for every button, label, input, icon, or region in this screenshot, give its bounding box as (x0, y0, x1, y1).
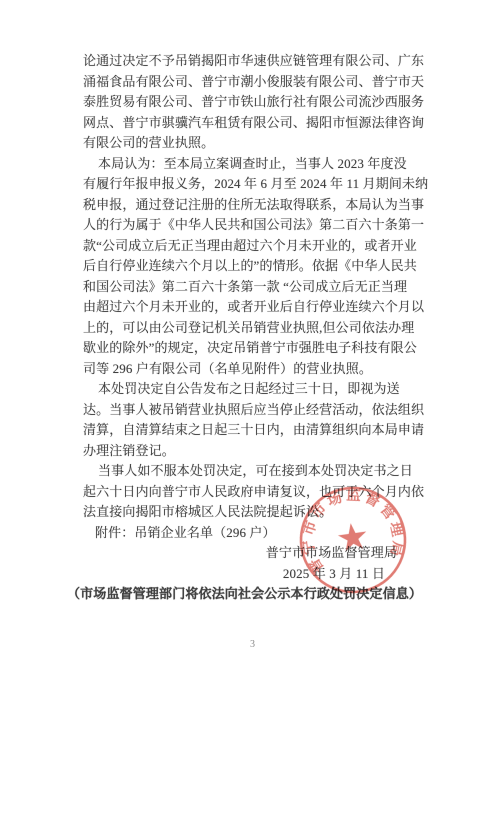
document-line: 当事人如不服本处罚决定，可在接到本处罚决定书之日 (83, 461, 424, 482)
document-line: 泰胜贸易有限公司、普宁市铁山旅行社有限公司流沙西服务 (83, 92, 424, 113)
document-line: 本局认为：至本局立案调查时止，当事人 2023 年度没 (83, 154, 424, 175)
document-line: 起六十日内向普宁市人民政府申请复议，也可于六个月内依 (83, 482, 424, 503)
document-line: 有履行年报申报义务，2024 年 6 月至 2024 年 11 月期间未纳 (83, 174, 424, 195)
document-line: 涌福食品有限公司、普宁市潮小俊服装有限公司、普宁市天 (83, 72, 424, 93)
document-line: 和国公司法》第二百六十条第一款 “公司成立后无正当理 (83, 277, 424, 298)
document-line: 网点、普宁市骐骥汽车租赁有限公司、揭阳市恒源法律咨询 (83, 113, 424, 134)
document-line: 普宁市市场监督管理局 (83, 543, 424, 564)
document-line: 人的行为属于《中华人民共和国公司法》第二百六十条第一 (83, 215, 424, 236)
document-line: 歇业的除外”的规定，决定吊销普宁市强胜电子科技有限公 (83, 338, 424, 359)
document-line: 税申报，通过登记注册的住所无法取得联系，本局认为当事 (83, 195, 424, 216)
document-line: 司等 296 户有限公司（名单见附件）的营业执照。 (83, 359, 424, 380)
document-line: 2025 年 3 月 11 日 (83, 564, 424, 585)
document-line: 附件：吊销企业名单（296 户） (83, 523, 424, 544)
document-line: 论通过决定不予吊销揭阳市华速供应链管理有限公司、广东 (83, 51, 424, 72)
page-number: 3 (250, 639, 255, 650)
document-line: 办理注销登记。 (83, 441, 424, 462)
document-page: 论通过决定不予吊销揭阳市华速供应链管理有限公司、广东涌福食品有限公司、普宁市潮小… (0, 0, 500, 824)
document-line: 有限公司的营业执照。 (83, 133, 424, 154)
document-line: 达。当事人被吊销营业执照后应当停止经营活动，依法组织 (83, 400, 424, 421)
document-line: 本处罚决定自公告发布之日起经过三十日，即视为送 (83, 379, 424, 400)
document-line: 后自行停业连续六个月以上的”的情形。依据《中华人民共 (83, 256, 424, 277)
document-line: 上的，可以由公司登记机关吊销营业执照,但公司依法办理 (83, 318, 424, 339)
document-line: （市场监督管理部门将依法向社会公示本行政处罚决定信息） (67, 584, 424, 605)
document-line: 由超过六个月未开业的，或者开业后自行停业连续六个月以 (83, 297, 424, 318)
document-line: 法直接向揭阳市榕城区人民法院提起诉讼。 (83, 502, 424, 523)
document-line: 清算，自清算结束之日起三十日内，由清算组织向本局申请 (83, 420, 424, 441)
document-body: 论通过决定不予吊销揭阳市华速供应链管理有限公司、广东涌福食品有限公司、普宁市潮小… (83, 51, 424, 605)
document-line: 款“公司成立后无正当理由超过六个月未开业的，或者开业 (83, 236, 424, 257)
